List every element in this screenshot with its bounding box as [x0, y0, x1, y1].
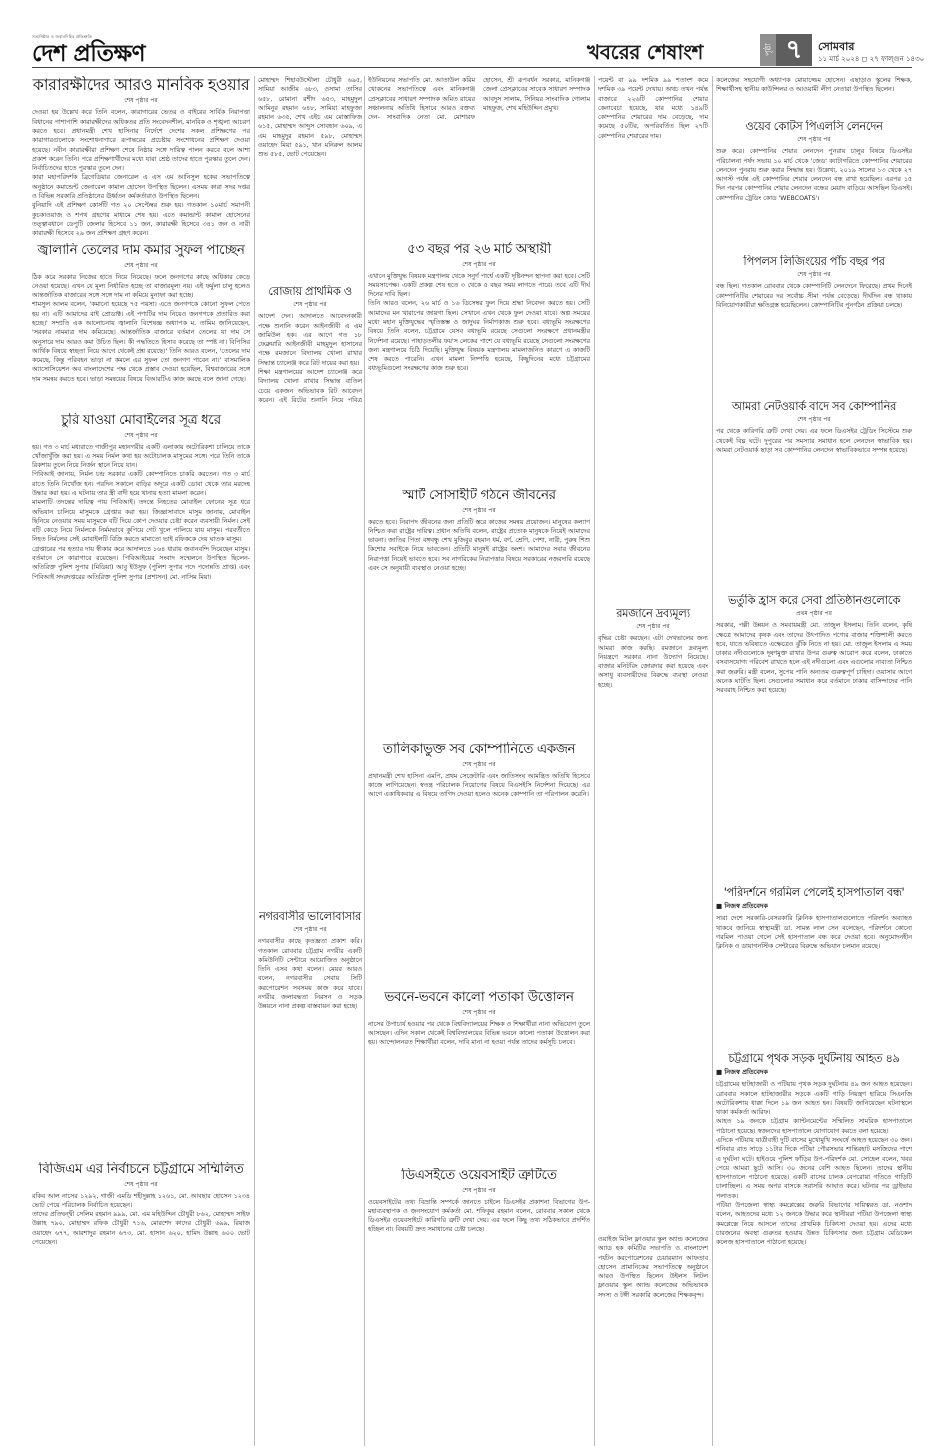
column-divider — [594, 76, 595, 1446]
headline: জ্বালানি তেলের দাম কমার সুফল পাচ্ছেন — [32, 243, 250, 259]
headline: ভর্তুকি হ্রাস করে সেবা প্রতিষ্ঠানগুলোকে — [716, 594, 912, 607]
continued-from: শেষ পৃষ্ঠার পর — [258, 299, 362, 310]
article-body: কলেজের সহযোগী অধ্যাপক মোয়াজ্জেম হোসেন। … — [716, 76, 912, 95]
article-hospital[interactable]: 'পরিদর্শনে গরমিল পেলেই হাসপাতাল বন্ধ' ■ … — [716, 886, 912, 1046]
article-nagarbasi[interactable]: নগরবাসীর ভালোবাসার শেষ পৃষ্ঠার পর নগরবাস… — [258, 910, 362, 1440]
newspaper-page: সত্যনিষ্ঠার ও জবাবদিহির প্রতিশ্রুতি দেশ … — [32, 0, 912, 1452]
logo: সত্যনিষ্ঠার ও জবাবদিহির প্রতিশ্রুতি দেশ … — [32, 34, 145, 67]
article-body: পর থেকে কারিগরি ত্রুটি দেখা দেয়। এর ফলে… — [716, 427, 912, 455]
headline: বিজিএম এর নির্বাচনে চট্টগ্রামে সম্মিলিত — [32, 1162, 250, 1178]
masthead-rule — [32, 67, 912, 68]
continued-from: শেষ পৃষ্ঠার পর — [716, 414, 912, 425]
column-divider — [254, 76, 255, 1446]
headline: রোজায় প্রাথমিক ও — [258, 285, 362, 298]
article-body: বন্ধ ছিল। গতকাল রোববার থেকে কোম্পানিটি ল… — [716, 282, 912, 310]
article-col2-continuation[interactable]: মোহাম্মদ শিহাবউদ্দৌলা চৌধুরী ৬৯৫, সামিয়… — [258, 76, 362, 276]
article-body: চট্টগ্রামের হাটহাজারী ও পটিয়ায় পৃথক সড… — [716, 1080, 912, 1247]
continued-from: শেষ পৃষ্ঠার পর — [368, 259, 590, 270]
headline: আমরা নেটওয়ার্ক বাদে সব কোম্পানির — [716, 400, 912, 413]
article-col5-top[interactable]: পয়েন্ট বা ৯৯ দশমিক ৯৯ শতাংশ কমে দশমিক ৩… — [598, 76, 708, 601]
headline: কারারক্ষীদের আরও মানবিক হওয়ার — [32, 76, 250, 94]
headline: ডিএসইতে ওয়েবসাইট ত্রুটিতে — [368, 1168, 590, 1184]
continued-from: শেষ পৃষ্ঠার পর — [368, 759, 590, 770]
article-col6-top[interactable]: কলেজের সহযোগী অধ্যাপক মোয়াজ্জেম হোসেন। … — [716, 76, 912, 116]
article-body: সরকার, পল্লী উন্নয়ন ও সমবায়মন্ত্রী মো.… — [716, 621, 912, 695]
article-dse-website[interactable]: ডিএসইতে ওয়েবসাইট ত্রুটিতে শেষ পৃষ্ঠার প… — [368, 1168, 590, 1443]
headline: ওয়েব কোটস পিএলসি লেনদেন — [716, 120, 912, 133]
headline: রমজানে দ্রব্যমূল্য — [598, 607, 708, 620]
article-body: রকিব আল নাসের ১২৯২, গাজী এমডি শহীদুল্লাহ… — [32, 1192, 250, 1248]
article-ovijatra[interactable]: ৫৩ বছর পর ২৬ মার্চ অস্থায়ী শেষ পৃষ্ঠার … — [368, 242, 590, 482]
article-kararakkhi[interactable]: কারারক্ষীদের আরও মানবিক হওয়ার শেষ পৃষ্ঠ… — [32, 76, 250, 236]
page-label: পৃষ্ঠা — [760, 34, 776, 66]
headline: তালিকাভুক্ত সব কোম্পানিতে একজন — [368, 742, 590, 758]
continued-from: শেষ পৃষ্ঠার পর — [598, 621, 708, 632]
article-ruposhi[interactable]: ইউনিয়নের সভাপতি মো. আতাউল করিম খোকনের স… — [368, 76, 590, 236]
continued-from: শেষ পৃষ্ঠার পর — [258, 924, 362, 935]
article-network[interactable]: আমরা নেটওয়ার্ক বাদে সব কোম্পানির শেষ পৃ… — [716, 400, 912, 590]
article-body: নগরবাসীর কাছে কৃতজ্ঞতা প্রকাশ করি। গতকাল… — [258, 937, 362, 1011]
page-number: ৭ — [776, 34, 812, 66]
article-school-bottom[interactable]: ওয়াইজ মিটল ফ্লাওয়ার স্কুল অ্যান্ড কলেজ… — [598, 1235, 708, 1445]
byline: ■ নিজস্ব প্রতিবেদক — [716, 1067, 912, 1078]
article-pipols[interactable]: পিপলস লিজিংয়ের পাঁচ বছর পর শেষ পৃষ্ঠার … — [716, 255, 912, 395]
article-vortuki[interactable]: ভর্তুকি হ্রাস করে সেবা প্রতিষ্ঠানগুলোকে … — [716, 594, 912, 879]
article-ramjan-dravya[interactable]: রমজানে দ্রব্যমূল্য শেষ পৃষ্ঠার পর বৃদ্ধি… — [598, 607, 708, 1227]
continued-from: শেষ পৃষ্ঠার পর — [32, 95, 250, 106]
article-body: শুরু করে। কোম্পানির শেয়ার লেনদেন পুনরায… — [716, 147, 912, 203]
article-body: হয়। গত ৩ মার্চ মধ্যরাতে গাজীপুর মহানগরী… — [32, 443, 250, 582]
article-body: ইউনিয়নের সভাপতি মো. আতাউল করিম খোকনের স… — [368, 76, 590, 122]
headline: চুরি যাওয়া মোবাইলের সূত্র ধরে — [32, 413, 250, 429]
continued-from: শেষ পৃষ্ঠার পর — [716, 134, 912, 145]
continued-from: প্রথম পৃষ্ঠার পর — [716, 608, 912, 619]
article-kalo-pataka[interactable]: ভবনে-ভবনে কালো পতাকা উত্তোলন শেষ পৃষ্ঠার… — [368, 990, 590, 1160]
article-roja[interactable]: রোজায় প্রাথমিক ও শেষ পৃষ্ঠার পর আদেশ দে… — [258, 285, 362, 405]
headline: পিপলস লিজিংয়ের পাঁচ বছর পর — [716, 255, 912, 268]
logo-name: দেশ প্রতিক্ষণ — [32, 41, 145, 67]
article-body: এখানে মুক্তিযুদ্ধ বিষয়ক মন্ত্রণালয় থেক… — [368, 272, 590, 374]
continued-from: শেষ পৃষ্ঠার পর — [368, 1007, 590, 1018]
headline: ৫৩ বছর পর ২৬ মার্চ অস্থায়ী — [368, 242, 590, 258]
article-body: করতে হবে। নিরাপদ জীবনের জন্য প্রতিটি স্ত… — [368, 518, 590, 574]
article-body: দেওয়া হয় উল্লেখ করে তিনি বলেন, কারাগার… — [32, 108, 250, 236]
continued-from: শেষ পৃষ্ঠার পর — [32, 260, 250, 271]
column-divider — [364, 76, 365, 1446]
article-body: আদেশ দেন। আদালতে আবেদনকারী পক্ষে শুনানি … — [258, 312, 362, 405]
article-body: পয়েন্ট বা ৯৯ দশমিক ৯৯ শতাংশ কমে দশমিক ৩… — [598, 76, 708, 141]
headline: চট্টগ্রামে পৃথক সড়ক দুর্ঘটনায় আহত ৪৯ — [716, 1052, 912, 1065]
article-body: বৃদ্ধির চেষ্টা করছেন। এটা দেখভালের জন্য … — [598, 634, 708, 690]
continued-from: শেষ পৃষ্ঠার পর — [32, 430, 250, 441]
article-mobile[interactable]: চুরি যাওয়া মোবাইলের সূত্র ধরে শেষ পৃষ্ঠ… — [32, 413, 250, 1158]
article-talika[interactable]: তালিকাভুক্ত সব কোম্পানিতে একজন শেষ পৃষ্ঠ… — [368, 742, 590, 982]
continued-from: শেষ পৃষ্ঠার পর — [368, 1185, 590, 1196]
continued-from: শেষ পৃষ্ঠার পর — [32, 1179, 250, 1190]
masthead: সত্যনিষ্ঠার ও জবাবদিহির প্রতিশ্রুতি দেশ … — [32, 34, 912, 70]
headline: ভবনে-ভবনে কালো পতাকা উত্তোলন — [368, 990, 590, 1006]
article-smart[interactable]: স্মার্ট সোসাইটি গঠনে জীবনের শেষ পৃষ্ঠার … — [368, 488, 590, 738]
issue-date: ১১ মার্চ ২০২৪ ◻ ২৭ ফাল্গুন ১৪৩০ — [818, 53, 924, 65]
byline: ■ নিজস্ব প্রতিবেদক — [716, 901, 912, 912]
article-body: ওয়েবসাইটের তথ্য বিভ্রান্তি সম্পর্কে জান… — [368, 1198, 590, 1235]
article-bgmea[interactable]: বিজিএম এর নির্বাচনে চট্টগ্রামে সম্মিলিত … — [32, 1162, 250, 1447]
article-body: ঠিক করে সরকার নিজের হাতে নিয়ে নিয়েছে। … — [32, 273, 250, 385]
headline: নগরবাসীর ভালোবাসার — [258, 910, 362, 923]
headline: 'পরিদর্শনে গরমিল পেলেই হাসপাতাল বন্ধ' — [716, 886, 912, 899]
article-jwalani[interactable]: জ্বালানি তেলের দাম কমার সুফল পাচ্ছেন শেষ… — [32, 243, 250, 408]
article-chattogram-accident[interactable]: চট্টগ্রামে পৃথক সড়ক দুর্ঘটনায় আহত ৪৯ ■… — [716, 1052, 912, 1447]
article-body: মোহাম্মদ শিহাবউদ্দৌলা চৌধুরী ৬৯৫, সামিয়… — [258, 76, 362, 160]
article-webcoats[interactable]: ওয়েব কোটস পিএলসি লেনদেন শেষ পৃষ্ঠার পর … — [716, 120, 912, 250]
article-body: নাসের উপাচার্য হওয়ার পর থেকে বিশ্ববিদ্য… — [368, 1020, 590, 1048]
continued-from: শেষ পৃষ্ঠার পর — [368, 505, 590, 516]
column-divider — [712, 76, 713, 1446]
continued-from: শেষ পৃষ্ঠার পর — [716, 269, 912, 280]
article-body: প্রথানমন্ত্রী শেখ হাসিনা এমপি, প্রথম সেক… — [368, 772, 590, 800]
article-body: সারা দেশে সরকারি-বেসরকারি ক্লিনিক হাসপাত… — [716, 914, 912, 951]
article-body: ওয়াইজ মিটল ফ্লাওয়ার স্কুল অ্যান্ড কলেজ… — [598, 1235, 708, 1300]
headline: স্মার্ট সোসাইটি গঠনে জীবনের — [368, 488, 590, 504]
